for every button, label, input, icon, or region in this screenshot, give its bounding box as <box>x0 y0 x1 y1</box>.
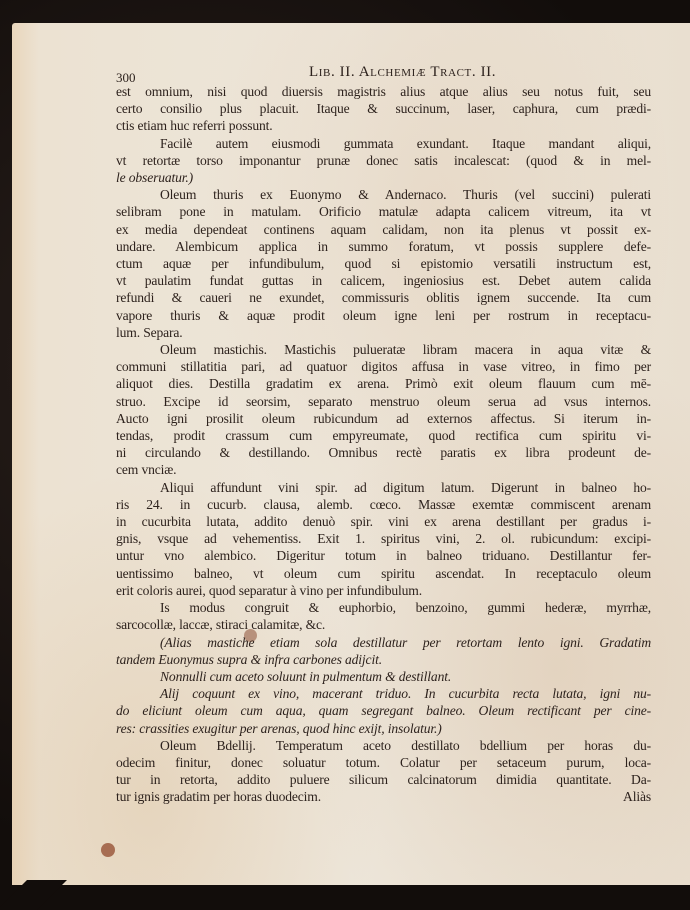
italic-note: tandem Euonymus supra & infra carbones a… <box>116 651 651 668</box>
paragraph-start: Facilè autem eiusmodi gummata exundant. … <box>116 135 651 152</box>
italic-note: Alij coquunt ex vino, macerant triduo. I… <box>116 685 651 702</box>
italic-note: (Alias mastiche etiam sola destillatur p… <box>116 634 651 651</box>
text-line: erit coloris aurei, quod separatur à vin… <box>116 582 651 599</box>
text-line: gnis, vsque ad vehementiss. Exit 1. spir… <box>116 530 651 547</box>
text-line: uentissimo balneo, vt oleum cum spiritu … <box>116 565 651 582</box>
text-line: cem vnciæ. <box>116 461 651 478</box>
recipe-heading-oleum-thuris: Oleum thuris ex Euonymo & Andernaco. Thu… <box>116 186 651 203</box>
text-line: ris 24. in cucurb. clausa, alemb. cœco. … <box>116 496 651 513</box>
text-line: refundi & caueri ne exundet, commissuris… <box>116 289 651 306</box>
page-number: 300 <box>116 69 136 86</box>
text-line: tur ignis gradatim per horas duodecim. <box>116 788 651 805</box>
text-line: selibram pone in matulam. Orificio matul… <box>116 203 651 220</box>
text-line: ctum aquæ per infundibulum, quod si epis… <box>116 255 651 272</box>
text-line: lum. Separa. <box>116 324 651 341</box>
running-head: Lib. II. Alchemiæ Tract. II. <box>309 64 496 81</box>
text-line: untur vno alembico. Digeritur totum in b… <box>116 547 651 564</box>
last-row: tur ignis gradatim per horas duodecim. A… <box>116 788 651 805</box>
italic-note: res: crassities exugitur per arenas, quo… <box>116 720 651 737</box>
text-line: communi stillatitia pari, ad quatuor dig… <box>116 358 651 375</box>
text-line: undare. Alembicum applica in summo forat… <box>116 238 651 255</box>
italic-note: do eliciunt oleum cum aqua, quam segrega… <box>116 702 651 719</box>
text-line: certo consilio plus placuit. Itaque & su… <box>116 100 651 117</box>
italic-note: Nonnulli cum aceto soluunt in pulmentum … <box>116 668 651 685</box>
recipe-heading-oleum-mastichis: Oleum mastichis. Mastichis pulueratæ lib… <box>116 341 651 358</box>
text-line: tendas, prodit crassum cum empyreumate, … <box>116 427 651 444</box>
text-line: vt retortæ torso imponantur prunæ donec … <box>116 152 651 169</box>
catchword: Aliàs <box>623 788 651 805</box>
text-line: vapore thuris & aquæ prodit oleum igne l… <box>116 307 651 324</box>
paragraph-start: Aliqui affundunt vini spir. ad digitum l… <box>116 479 651 496</box>
text-line-italic: le obseruatur.) <box>116 169 651 186</box>
recipe-heading-oleum-bdellij: Oleum Bdellij. Temperatum aceto destilla… <box>116 737 651 754</box>
text-line: ni circulando & destillando. Omnibus rec… <box>116 444 651 461</box>
text-line: vt paulatim fundat guttas in calicem, in… <box>116 272 651 289</box>
text-line: Aucto igni prosilit oleum rubicundum ad … <box>116 410 651 427</box>
text-line: sarcocollæ, laccæ, stiraci calamitæ, &c. <box>116 616 651 633</box>
text-line: struo. Excipe id seorsim, separato menst… <box>116 393 651 410</box>
page-header: 300 Lib. II. Alchemiæ Tract. II. <box>116 63 651 83</box>
text-line: aliquot dies. Destilla gradatim ex arena… <box>116 375 651 392</box>
text-line: in cucurbita lutata, addito denuò spir. … <box>116 513 651 530</box>
paragraph-start: Is modus congruit & euphorbio, benzoino,… <box>116 599 651 616</box>
text-line: ex media dependeat continens aquam calid… <box>116 221 651 238</box>
text-line: odecim finitur, donec soluatur totum. Co… <box>116 754 651 771</box>
text-line: est omnium, nisi quod diuersis magistris… <box>116 83 651 100</box>
text-line: ctis etiam huc referri possunt. <box>116 117 651 134</box>
paper-stain <box>101 843 115 857</box>
page-text-block: 300 Lib. II. Alchemiæ Tract. II. est omn… <box>116 63 651 806</box>
text-line: tur in retorta, addito puluere silicum c… <box>116 771 651 788</box>
